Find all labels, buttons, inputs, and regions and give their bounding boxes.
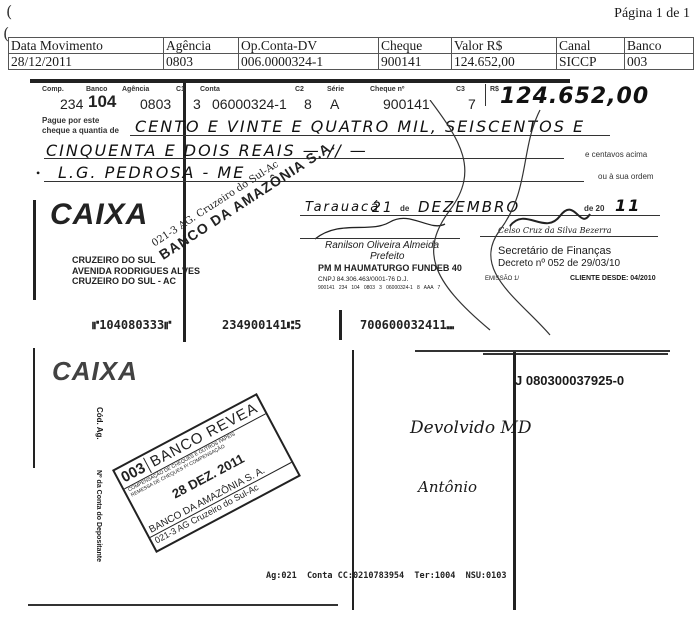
branch-name: CRUZEIRO DO SUL bbox=[72, 255, 156, 265]
label-c3: C3 bbox=[456, 86, 465, 93]
label-rs: R$ bbox=[490, 86, 499, 93]
table-row: 28/12/2011 0803 006.0000324-1 900141 124… bbox=[9, 54, 694, 70]
label-quantia: cheque a quantia de bbox=[42, 126, 119, 135]
col-header: Canal bbox=[557, 38, 625, 54]
cell-value: 124.652,00 bbox=[452, 54, 557, 70]
cell-account: 006.0000324-1 bbox=[239, 54, 379, 70]
label-agency: Agência bbox=[122, 86, 149, 93]
caixa-logo: CAIXA bbox=[50, 198, 148, 232]
handwritten-note-returned: Devolvido MD bbox=[410, 418, 532, 438]
label-pague: Pague por este bbox=[42, 116, 99, 125]
cheque-bottom-edge bbox=[483, 353, 668, 355]
col-header: Op.Conta-DV bbox=[239, 38, 379, 54]
processing-print-line: Ag:021 Conta CC:0210783954 Ter:1004 NSU:… bbox=[266, 571, 507, 581]
pen-stroke bbox=[400, 100, 560, 340]
label-agency-code: Cód. Ag. bbox=[95, 407, 104, 440]
caixa-logo-back: CAIXA bbox=[52, 356, 138, 387]
back-divider-2 bbox=[513, 352, 516, 610]
branch-address: AVENIDA RODRIGUES ALVES bbox=[72, 266, 200, 276]
cell-date: 28/12/2011 bbox=[9, 54, 164, 70]
value-comp: 234 bbox=[60, 96, 83, 112]
value-c2: 8 bbox=[304, 96, 312, 112]
value-c1: 3 bbox=[193, 96, 201, 112]
label-cheque-number: Cheque nº bbox=[370, 86, 404, 93]
cheque-divider-2 bbox=[339, 310, 342, 340]
label-serie: Série bbox=[327, 86, 344, 93]
value-agency: 0803 bbox=[140, 96, 171, 112]
cell-cheque: 900141 bbox=[379, 54, 452, 70]
col-header: Valor R$ bbox=[452, 38, 557, 54]
value-serie: A bbox=[330, 96, 339, 112]
col-header: Agência bbox=[164, 38, 239, 54]
back-bottom-edge bbox=[28, 604, 338, 606]
place: Tarauacá bbox=[305, 200, 380, 215]
col-header: Banco bbox=[625, 38, 694, 54]
back-top-edge bbox=[415, 350, 670, 352]
label-centavos: e centavos acima bbox=[585, 150, 647, 159]
pen-mark: ( bbox=[6, 2, 12, 21]
reference-number: J 080300037925-0 bbox=[515, 373, 624, 388]
payee-name: L.G. PEDROSA - ME bbox=[58, 163, 245, 182]
branch-city: CRUZEIRO DO SUL - AC bbox=[72, 276, 176, 286]
label-c1: C1 bbox=[176, 86, 185, 93]
cell-agency: 0803 bbox=[164, 54, 239, 70]
label-depositor-account: Nº da Conta do Depositante bbox=[95, 470, 102, 562]
label-c2: C2 bbox=[295, 86, 304, 93]
date-year: 11 bbox=[615, 196, 641, 215]
cell-channel: SICCP bbox=[557, 54, 625, 70]
label-ordem: ou à sua ordem bbox=[598, 172, 654, 181]
micr-field-1: ⑈104080333⑈ bbox=[92, 318, 171, 332]
cheque-left-edge bbox=[33, 200, 36, 300]
page-indicator: Página 1 de 1 bbox=[614, 6, 690, 22]
table-header-row: Data Movimento Agência Op.Conta-DV Chequ… bbox=[9, 38, 694, 54]
col-header: Cheque bbox=[379, 38, 452, 54]
compensation-stamp: 003 BANCO REVEA COMPENSAÇÃO DE CHEQUES E… bbox=[112, 393, 301, 553]
client-since: CLIENTE DESDE: 04/2010 bbox=[570, 275, 656, 282]
back-left-edge bbox=[33, 348, 35, 468]
movement-table: Data Movimento Agência Op.Conta-DV Chequ… bbox=[8, 37, 694, 70]
label-comp: Comp. bbox=[42, 86, 64, 93]
col-header: Data Movimento bbox=[9, 38, 164, 54]
label-account: Conta bbox=[200, 86, 220, 93]
cheque-top-border bbox=[30, 79, 570, 83]
value-bank: 104 bbox=[88, 92, 116, 112]
micr-field-2: 234900141⑆5 bbox=[222, 318, 301, 332]
cnpj: CNPJ 84.306.463/0001-76 D.J. bbox=[318, 276, 408, 283]
payee-bullet: • bbox=[36, 166, 40, 181]
handwritten-note-name: Antônio bbox=[418, 478, 477, 496]
cell-bank: 003 bbox=[625, 54, 694, 70]
value-account: 06000324-1 bbox=[212, 96, 287, 112]
